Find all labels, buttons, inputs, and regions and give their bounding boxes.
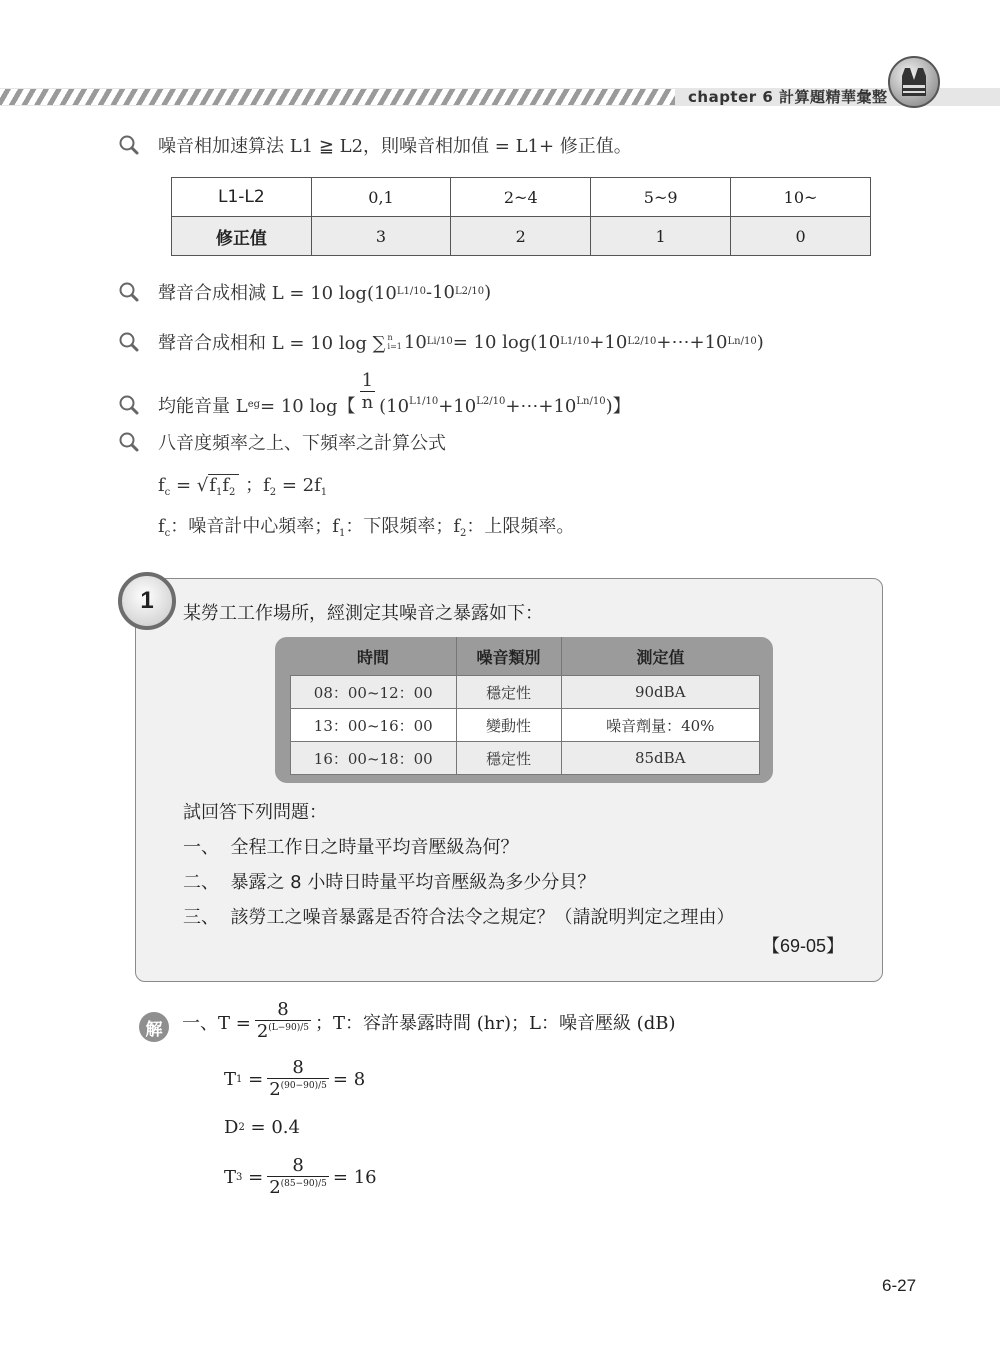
table-cell: 變動性 xyxy=(456,709,561,742)
table-row: 08：00~12：00 穩定性 90dBA xyxy=(291,676,760,709)
fraction: 8 2(90−90)/5 xyxy=(267,1058,329,1101)
table-cell: 噪音劑量：40% xyxy=(561,709,760,742)
magnifier-icon xyxy=(118,394,140,416)
formula-addition-rule: 噪音相加速算法 L1 ≧ L2，則噪音相加值 = L1+ 修正值。 xyxy=(118,132,632,158)
table-cell: 10~ xyxy=(731,178,871,217)
formula-summation: 聲音合成相和 L = 10 log ∑ n i=1 10Li/10 = 10 l… xyxy=(118,329,764,355)
formula-subtraction: 聲音合成相減 L = 10 log(10L1/10-10L2/10) xyxy=(118,279,491,305)
solution-t1: T1 = 8 2(90−90)/5 = 8 xyxy=(224,1058,365,1101)
table-cell: 16：00~18：00 xyxy=(291,742,457,775)
chapter-title: chapter 6 計算題精華彙整 xyxy=(688,86,888,107)
row-header: L1-L2 xyxy=(172,178,312,217)
column-header: 噪音類別 xyxy=(456,637,561,676)
table-row: 16：00~18：00 穩定性 85dBA xyxy=(291,742,760,775)
table-cell: 85dBA xyxy=(561,742,760,775)
table-cell: 0,1 xyxy=(311,178,451,217)
table-cell: 0 xyxy=(731,217,871,256)
magnifier-icon xyxy=(118,134,140,156)
question-intro: 某勞工工作場所，經測定其噪音之暴露如下： xyxy=(183,599,543,625)
table-cell: 1 xyxy=(591,217,731,256)
question-item: 一、 全程工作日之時量平均音壓級為何？ xyxy=(183,833,518,859)
correction-table: L1-L2 0,1 2~4 5~9 10~ 修正值 3 2 1 0 xyxy=(171,177,871,256)
table-cell: 3 xyxy=(311,217,451,256)
column-header: 時間 xyxy=(291,637,457,676)
table-cell: 2 xyxy=(451,217,591,256)
table-cell: 穩定性 xyxy=(456,742,561,775)
solution-d2: D2 = 0.4 xyxy=(224,1117,300,1138)
question-reference: 【69-05】 xyxy=(762,932,844,958)
header-stripes xyxy=(0,89,675,105)
row-header: 修正值 xyxy=(172,217,312,256)
fraction: 8 2(L−90)/5 xyxy=(255,1000,311,1043)
question-item: 三、 該勞工之噪音暴露是否符合法令之規定？（請說明判定之理由） xyxy=(183,903,734,929)
solution-t3: T3 = 8 2(85−90)/5 = 16 xyxy=(224,1156,377,1199)
fraction: 1 n xyxy=(360,371,376,414)
solution-line-1: 一、T = 8 2(L−90)/5 ；T：容許暴露時間 (hr)；L：噪音壓級 … xyxy=(182,1000,675,1043)
table-cell: 13：00~16：00 xyxy=(291,709,457,742)
table-cell: 穩定性 xyxy=(456,676,561,709)
magnifier-icon xyxy=(118,431,140,453)
question-prompt: 試回答下列問題： xyxy=(183,798,327,824)
table-header-row: 時間 噪音類別 測定值 xyxy=(291,637,760,676)
table-row: 修正值 3 2 1 0 xyxy=(172,217,871,256)
page-number: 6-27 xyxy=(882,1276,916,1296)
octave-legend: fc：噪音計中心頻率；f1：下限頻率；f2：上限頻率。 xyxy=(158,512,574,538)
table-row: L1-L2 0,1 2~4 5~9 10~ xyxy=(172,178,871,217)
question-number-badge: 1 xyxy=(118,572,176,630)
fraction: 8 2(85−90)/5 xyxy=(267,1156,329,1199)
magnifier-icon xyxy=(118,281,140,303)
column-header: 測定值 xyxy=(561,637,760,676)
magnifier-icon xyxy=(118,331,140,353)
question-item: 二、 暴露之 8 小時日時量平均音壓級為多少分貝？ xyxy=(183,868,595,894)
table-cell: 2~4 xyxy=(451,178,591,217)
solution-badge: 解 xyxy=(139,1012,169,1042)
addition-rule-text: 噪音相加速算法 L1 ≧ L2，則噪音相加值 = L1+ 修正值。 xyxy=(158,132,632,158)
formula-leq: 均能音量 Leg = 10 log【 1 n (10L1/10+10L2/10+… xyxy=(118,366,631,418)
safety-vest-icon xyxy=(888,56,940,108)
octave-formula: fc = √f1f2 ；f2 = 2f1 xyxy=(158,471,327,497)
formula-octave: 八音度頻率之上、下頻率之計算公式 xyxy=(118,429,446,455)
table-cell: 08：00~12：00 xyxy=(291,676,457,709)
table-cell: 90dBA xyxy=(561,676,760,709)
table-row: 13：00~16：00 變動性 噪音劑量：40% xyxy=(291,709,760,742)
table-cell: 5~9 xyxy=(591,178,731,217)
exposure-table: 時間 噪音類別 測定值 08：00~12：00 穩定性 90dBA 13：00~… xyxy=(290,637,760,775)
